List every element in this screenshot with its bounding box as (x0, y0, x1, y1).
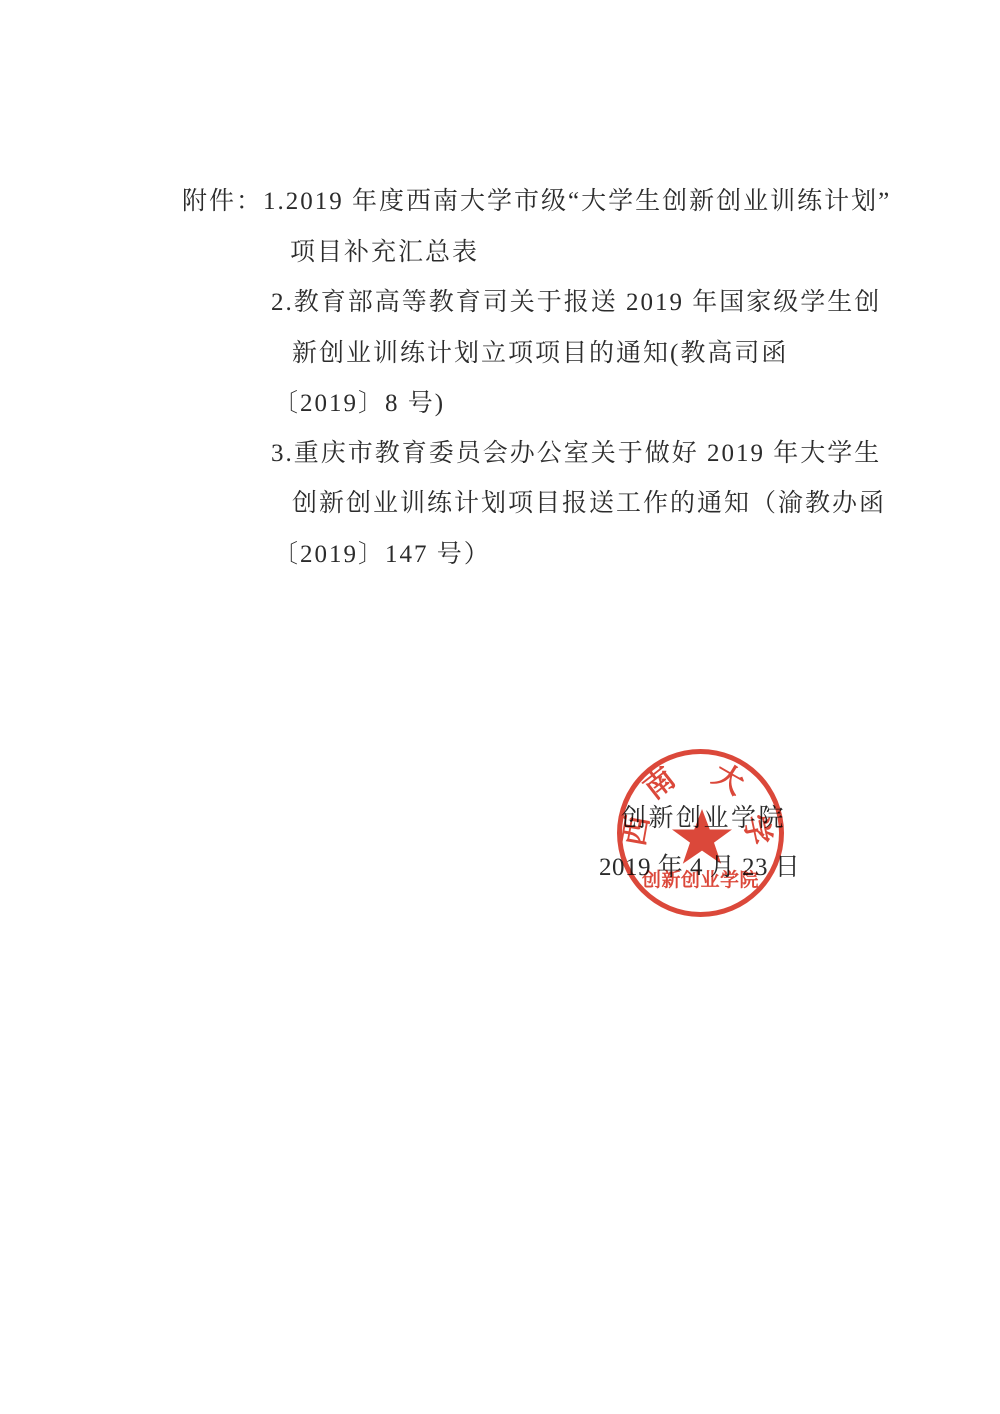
attachment-item-1-text: 1.2019 年度西南大学市级“大学生创新创业训练计划” (263, 188, 891, 215)
attachment-label: 附件： (182, 188, 263, 215)
attachment-item-2-line-1: 2.教育部高等教育司关于报送 2019 年国家级学生创 (271, 289, 881, 317)
seal-arc-char-xi: 西 (618, 812, 655, 849)
attachment-item-3-line-1: 3.重庆市教育委员会办公室关于做好 2019 年大学生 (271, 440, 881, 468)
attachment-item-1-line-1: 附件：1.2019 年度西南大学市级“大学生创新创业训练计划” (182, 188, 891, 216)
attachment-item-1-line-2: 项目补充汇总表 (290, 239, 479, 267)
document-page: 附件：1.2019 年度西南大学市级“大学生创新创业训练计划” 项目补充汇总表 … (0, 0, 1000, 1414)
attachment-item-2-line-2: 新创业训练计划立项项目的通知(教高司函 (292, 340, 788, 368)
attachment-item-2-line-3: 〔2019〕8 号) (273, 390, 445, 418)
official-seal: 西 南 大 学 创新创业学院 (617, 749, 784, 917)
seal-bottom-text: 创新创业学院 (617, 865, 784, 892)
attachment-item-3-line-2: 创新创业训练计划项目报送工作的通知（渝教办函 (292, 490, 886, 518)
attachment-item-3-line-3: 〔2019〕147 号） (273, 541, 491, 569)
seal-arc-char-xue: 学 (737, 811, 775, 849)
